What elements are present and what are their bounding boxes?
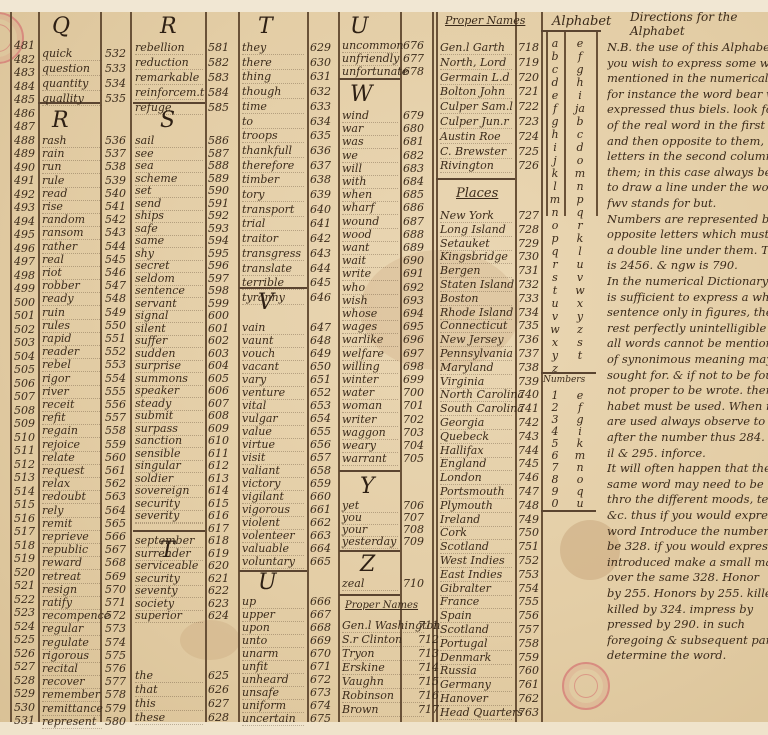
code-number: 688 — [403, 229, 424, 241]
header-u-continued: U — [258, 570, 277, 595]
code-number: 578 — [105, 689, 126, 701]
code-number: 581 — [208, 42, 229, 54]
code-number: 741 — [518, 403, 539, 415]
code-number: 648 — [310, 335, 331, 347]
code-number: 702 — [403, 414, 424, 426]
directions-line: It will often happen that the — [607, 461, 768, 475]
word-entry: represent — [42, 716, 102, 729]
word-entry: run — [42, 161, 102, 174]
index-number: 491 — [14, 175, 35, 187]
code-number: 713 — [418, 648, 439, 660]
index-number: 501 — [14, 310, 35, 322]
index-number: 500 — [14, 297, 35, 309]
index-number: 517 — [14, 526, 35, 538]
header-alphabet: Alphabet — [552, 14, 611, 29]
code-number: 587 — [208, 148, 229, 160]
index-number: 495 — [14, 229, 35, 241]
word-entry: Georgia — [440, 417, 512, 430]
code-number: 609 — [208, 423, 229, 435]
code-number: 614 — [208, 485, 229, 497]
code-number: 603 — [208, 348, 229, 360]
code-number: 618 — [208, 535, 229, 547]
code-number: 674 — [310, 700, 331, 712]
code-number: 544 — [105, 241, 126, 253]
library-stamp-bottom — [562, 662, 610, 710]
directions-line: not proper to be wrote. then the — [607, 383, 768, 397]
index-number: 503 — [14, 337, 35, 349]
code-number: 746 — [518, 472, 539, 484]
index-number: 522 — [14, 594, 35, 606]
word-entry: remarkable — [135, 72, 203, 85]
rule-line — [596, 30, 598, 216]
index-number: 508 — [14, 405, 35, 417]
word-entry: troops — [242, 130, 304, 143]
code-number: 711 — [418, 620, 439, 632]
word-entry: Gen.l Washington — [342, 620, 424, 633]
index-number: 516 — [14, 513, 35, 525]
directions-line: is sufficient to express a whole — [607, 290, 768, 304]
code-number: 690 — [403, 255, 424, 267]
code-number: 627 — [208, 698, 229, 710]
code-number: 691 — [403, 268, 424, 280]
code-number: 715 — [418, 676, 439, 688]
word-entry: Cork — [440, 527, 512, 540]
code-number: 735 — [518, 320, 539, 332]
word-entry: redoubt — [42, 491, 102, 504]
word-entry: Culper Jun.r — [440, 116, 512, 129]
word-entry: war — [342, 123, 398, 136]
code-number: 545 — [105, 254, 126, 266]
code-number: 572 — [105, 610, 126, 622]
word-entry: rapid — [42, 333, 102, 346]
word-entry: rebellion — [135, 42, 203, 55]
word-entry: Portugal — [440, 638, 512, 651]
cipher-letter: t — [570, 348, 590, 363]
index-number: 482 — [14, 54, 35, 66]
word-entry: though — [242, 86, 304, 99]
code-number: 709 — [403, 536, 424, 548]
rule-line — [38, 12, 40, 722]
directions-line: mentioned in the numerical Dictionary — [607, 71, 768, 85]
code-number: 616 — [208, 510, 229, 522]
index-number: 527 — [14, 661, 35, 673]
code-number: 752 — [518, 555, 539, 567]
word-entry: reduction — [135, 57, 203, 70]
word-entry: rather — [42, 241, 102, 254]
index-number: 506 — [14, 378, 35, 390]
word-entry: this — [135, 698, 203, 711]
code-number: 602 — [208, 335, 229, 347]
code-number: 630 — [310, 57, 331, 69]
code-number: 607 — [208, 398, 229, 410]
index-number: 488 — [14, 135, 35, 147]
code-number: 705 — [403, 453, 424, 465]
code-number: 756 — [518, 610, 539, 622]
code-number: 549 — [105, 307, 126, 319]
word-entry: relate — [42, 452, 102, 465]
code-number: 634 — [310, 116, 331, 128]
directions-line: for instance the word bear would be — [607, 87, 768, 101]
word-entry: New Jersey — [440, 334, 512, 347]
code-number: 668 — [310, 622, 331, 634]
code-number: 697 — [403, 348, 424, 360]
word-entry: receit — [42, 399, 102, 412]
plain-letter: z — [545, 361, 565, 376]
word-entry: the — [135, 670, 203, 683]
word-entry: welfare — [342, 348, 398, 361]
code-number: 543 — [105, 227, 126, 239]
word-entry: ratify — [42, 597, 102, 610]
word-entry: London — [440, 472, 512, 485]
word-entry: wound — [342, 216, 398, 229]
index-number: 510 — [14, 432, 35, 444]
word-entry: real — [42, 254, 102, 267]
word-entry: regulate — [42, 637, 102, 650]
section-divider — [339, 470, 400, 472]
code-number: 533 — [105, 63, 126, 75]
word-entry: Denmark — [440, 652, 512, 665]
word-entry: translate — [242, 263, 304, 276]
index-number: 489 — [14, 148, 35, 160]
code-number: 541 — [105, 201, 126, 213]
code-number: 560 — [105, 452, 126, 464]
code-number: 694 — [403, 308, 424, 320]
code-number: 596 — [208, 260, 229, 272]
code-number: 666 — [310, 596, 331, 608]
code-number: 554 — [105, 373, 126, 385]
header-r-continued: R — [160, 14, 177, 39]
code-number: 716 — [418, 690, 439, 702]
code-number: 683 — [403, 163, 424, 175]
index-number: 523 — [14, 607, 35, 619]
code-number: 556 — [105, 399, 126, 411]
word-entry: who — [342, 282, 398, 295]
directions-line: is 2456. & ngw is 790. — [607, 258, 768, 272]
code-number: 731 — [518, 265, 539, 277]
index-number: 530 — [14, 702, 35, 714]
header-z: Z — [360, 552, 375, 577]
code-number: 570 — [105, 584, 126, 596]
code-number: 758 — [518, 638, 539, 650]
code-number: 653 — [310, 400, 331, 412]
word-entry: Virginia — [440, 376, 512, 389]
code-number: 561 — [105, 465, 126, 477]
index-number: 505 — [14, 364, 35, 376]
code-number: 637 — [310, 160, 331, 172]
index-number: 487 — [14, 121, 35, 133]
word-entry: remember — [42, 689, 102, 702]
code-number: 760 — [518, 665, 539, 677]
code-number: 568 — [105, 557, 126, 569]
code-number: 665 — [310, 556, 331, 568]
word-entry: when — [342, 189, 398, 202]
word-entry: S.r Clinton — [342, 634, 424, 647]
word-entry: North Carolina — [440, 389, 512, 402]
code-number: 579 — [105, 703, 126, 715]
code-number: 692 — [403, 282, 424, 294]
section-divider — [436, 178, 515, 180]
word-entry: uncertain — [242, 713, 304, 726]
word-entry: severity — [135, 510, 203, 523]
code-number: 562 — [105, 478, 126, 490]
code-number: 686 — [403, 202, 424, 214]
code-number: 598 — [208, 285, 229, 297]
code-number: 612 — [208, 460, 229, 472]
code-number: 629 — [310, 42, 331, 54]
directions-line: N.B. the use of this Alphabet is when — [607, 40, 768, 54]
code-number: 558 — [105, 425, 126, 437]
code-number: 564 — [105, 505, 126, 517]
code-number: 624 — [208, 610, 229, 622]
header-v: V — [258, 290, 274, 315]
rule-line — [205, 12, 207, 722]
code-number: 553 — [105, 359, 126, 371]
word-entry: North, Lord — [440, 57, 512, 70]
index-number: 528 — [14, 675, 35, 687]
code-number: 661 — [310, 504, 331, 516]
directions-line: of synonimous meaning may be — [607, 352, 768, 366]
code-number: 639 — [310, 189, 331, 201]
code-number: 599 — [208, 298, 229, 310]
word-entry: C. Brewster — [440, 146, 512, 159]
index-number: 511 — [14, 445, 35, 457]
index-number: 498 — [14, 270, 35, 282]
code-number: 740 — [518, 389, 539, 401]
word-entry: Germain L.d — [440, 72, 512, 85]
directions-line: and then opposite to them, are the — [607, 134, 768, 148]
code-number: 625 — [208, 670, 229, 682]
code-number: 679 — [403, 110, 424, 122]
code-number: 640 — [310, 204, 331, 216]
index-number: 485 — [14, 94, 35, 106]
code-number: 628 — [208, 712, 229, 724]
word-entry: wait — [342, 255, 398, 268]
code-number: 695 — [403, 321, 424, 333]
directions-line: a double line under them. Thus fgik — [607, 243, 768, 257]
code-number: 755 — [518, 596, 539, 608]
directions-line: killed by 324. impress by — [607, 602, 768, 616]
code-number: 626 — [208, 684, 229, 696]
index-number: 518 — [14, 540, 35, 552]
directions-line: word Introduce the number — [607, 524, 768, 538]
word-entry: tory — [242, 189, 304, 202]
code-number: 590 — [208, 185, 229, 197]
index-number: 509 — [14, 418, 35, 430]
word-entry: therefore — [242, 160, 304, 173]
code-number: 723 — [518, 116, 539, 128]
word-entry: was — [342, 136, 398, 149]
code-number: 710 — [403, 578, 424, 590]
section-divider — [541, 30, 601, 32]
index-number: 519 — [14, 553, 35, 565]
code-number: 678 — [403, 66, 424, 78]
word-entry: unfortunate — [342, 66, 398, 79]
word-entry: to — [242, 116, 304, 129]
code-number: 636 — [310, 145, 331, 157]
word-entry: rigor — [42, 373, 102, 386]
word-entry: whose — [342, 308, 398, 321]
code-number: 680 — [403, 123, 424, 135]
directions-line: after the number thus 284. — [607, 430, 768, 444]
word-entry: wood — [342, 229, 398, 242]
directions-line: il & 295. inforce. — [607, 446, 768, 460]
word-entry: read — [42, 188, 102, 201]
code-number: 592 — [208, 210, 229, 222]
word-entry: republic — [42, 544, 102, 557]
word-entry: South Carolina — [440, 403, 512, 416]
code-number: 761 — [518, 679, 539, 691]
rule-line — [307, 12, 309, 722]
word-entry: warlike — [342, 334, 398, 347]
word-entry: willing — [342, 361, 398, 374]
code-number: 611 — [208, 448, 229, 460]
code-number: 753 — [518, 569, 539, 581]
word-entry: Kingsbridge — [440, 251, 512, 264]
code-number: 641 — [310, 218, 331, 230]
code-number: 747 — [518, 486, 539, 498]
header-y: Y — [360, 474, 375, 499]
directions-line: rest perfectly unintelligible — [607, 321, 768, 335]
word-entry: Setauket — [440, 238, 512, 251]
word-entry: Rhode Island — [440, 307, 512, 320]
word-entry: rise — [42, 201, 102, 214]
directions-line: expressed thus biels. look for the lette… — [607, 102, 768, 116]
code-number: 580 — [105, 716, 126, 728]
code-number: 642 — [310, 233, 331, 245]
code-number: 565 — [105, 518, 126, 530]
code-number: 672 — [310, 674, 331, 686]
word-entry: yesterday — [342, 536, 398, 549]
header-u: U — [350, 14, 369, 39]
word-entry: write — [342, 268, 398, 281]
directions-line: all words cannot be mentioned — [607, 336, 768, 350]
header-proper-names: Proper Names — [345, 600, 418, 611]
code-number: 673 — [310, 687, 331, 699]
directions-line: pressed by 290. in such — [607, 617, 768, 631]
directions-line: are used always observe to put a dot — [607, 414, 768, 428]
code-number: 681 — [403, 136, 424, 148]
code-number: 737 — [518, 348, 539, 360]
code-number: 684 — [403, 176, 424, 188]
code-number: 557 — [105, 412, 126, 424]
index-number: 492 — [14, 189, 35, 201]
code-number: 671 — [310, 661, 331, 673]
index-number: 490 — [14, 162, 35, 174]
word-entry: weary — [342, 440, 398, 453]
index-number: 531 — [14, 715, 35, 727]
section-divider — [339, 594, 400, 596]
index-number: 529 — [14, 688, 35, 700]
code-number: 656 — [310, 439, 331, 451]
word-entry: Maryland — [440, 362, 512, 375]
index-number: 481 — [14, 40, 35, 52]
word-entry: rules — [42, 320, 102, 333]
code-number: 748 — [518, 500, 539, 512]
word-entry: timber — [242, 174, 304, 187]
code-number: 575 — [105, 650, 126, 662]
word-entry: transport — [242, 204, 304, 217]
word-entry: Gen.l Garth — [440, 42, 512, 55]
code-number: 714 — [418, 662, 439, 674]
code-number: 550 — [105, 320, 126, 332]
code-number: 701 — [403, 400, 424, 412]
directions-line: determine the word. — [607, 648, 768, 662]
index-number: 496 — [14, 243, 35, 255]
word-entry: winter — [342, 374, 398, 387]
word-entry: terrible — [242, 277, 304, 290]
word-entry: Scotland — [440, 541, 512, 554]
word-entry: recompence — [42, 610, 102, 623]
code-number: 757 — [518, 624, 539, 636]
word-entry: riot — [42, 267, 102, 280]
word-entry: traitor — [242, 233, 304, 246]
word-entry: Spain — [440, 610, 512, 623]
code-number: 649 — [310, 348, 331, 360]
word-entry: Bolton John — [440, 86, 512, 99]
code-number: 675 — [310, 713, 331, 725]
water-stain — [180, 620, 240, 660]
code-number: 621 — [208, 573, 229, 585]
code-number: 536 — [105, 135, 126, 147]
code-number: 744 — [518, 445, 539, 457]
word-entry: with — [342, 176, 398, 189]
directions-line: same word may need to be used — [607, 477, 768, 491]
code-number: 532 — [105, 48, 126, 60]
code-number: 664 — [310, 543, 331, 555]
code-number: 583 — [208, 72, 229, 84]
code-number: 538 — [105, 161, 126, 173]
directions-line: over the same 328. Honor — [607, 570, 768, 584]
directions-line: them; in this case always be careful — [607, 165, 768, 179]
rule-line — [541, 12, 543, 722]
code-number: 604 — [208, 360, 229, 372]
code-number: 605 — [208, 373, 229, 385]
directions-line: be 328. if you would express — [607, 539, 768, 553]
code-number: 651 — [310, 374, 331, 386]
word-entry: superior — [135, 610, 203, 623]
code-number: 620 — [208, 560, 229, 572]
code-number: 635 — [310, 130, 331, 142]
code-number: 623 — [208, 598, 229, 610]
code-number: 573 — [105, 623, 126, 635]
word-entry: Hallifax — [440, 445, 512, 458]
code-number: 597 — [208, 273, 229, 285]
word-entry: ransom — [42, 227, 102, 240]
code-number: 610 — [208, 435, 229, 447]
code-number: 719 — [518, 57, 539, 69]
directions-line: of the real word in the first column — [607, 118, 768, 132]
word-entry: random — [42, 214, 102, 227]
code-number: 717 — [418, 704, 439, 716]
code-number: 594 — [208, 235, 229, 247]
word-entry: retreat — [42, 571, 102, 584]
code-number: 617 — [208, 523, 229, 535]
code-number: 552 — [105, 346, 126, 358]
code-number: 669 — [310, 635, 331, 647]
code-number: 727 — [518, 210, 539, 222]
word-entry: Head Quarters — [440, 707, 512, 720]
code-number: 676 — [403, 40, 424, 52]
directions-line: to draw a line under the word as — [607, 180, 768, 194]
code-number: 685 — [403, 189, 424, 201]
code-number: 733 — [518, 293, 539, 305]
code-number: 586 — [208, 135, 229, 147]
code-number: 534 — [105, 78, 126, 90]
word-entry: ready — [42, 293, 102, 306]
code-number: 759 — [518, 652, 539, 664]
code-number: 613 — [208, 473, 229, 485]
word-entry: wish — [342, 295, 398, 308]
